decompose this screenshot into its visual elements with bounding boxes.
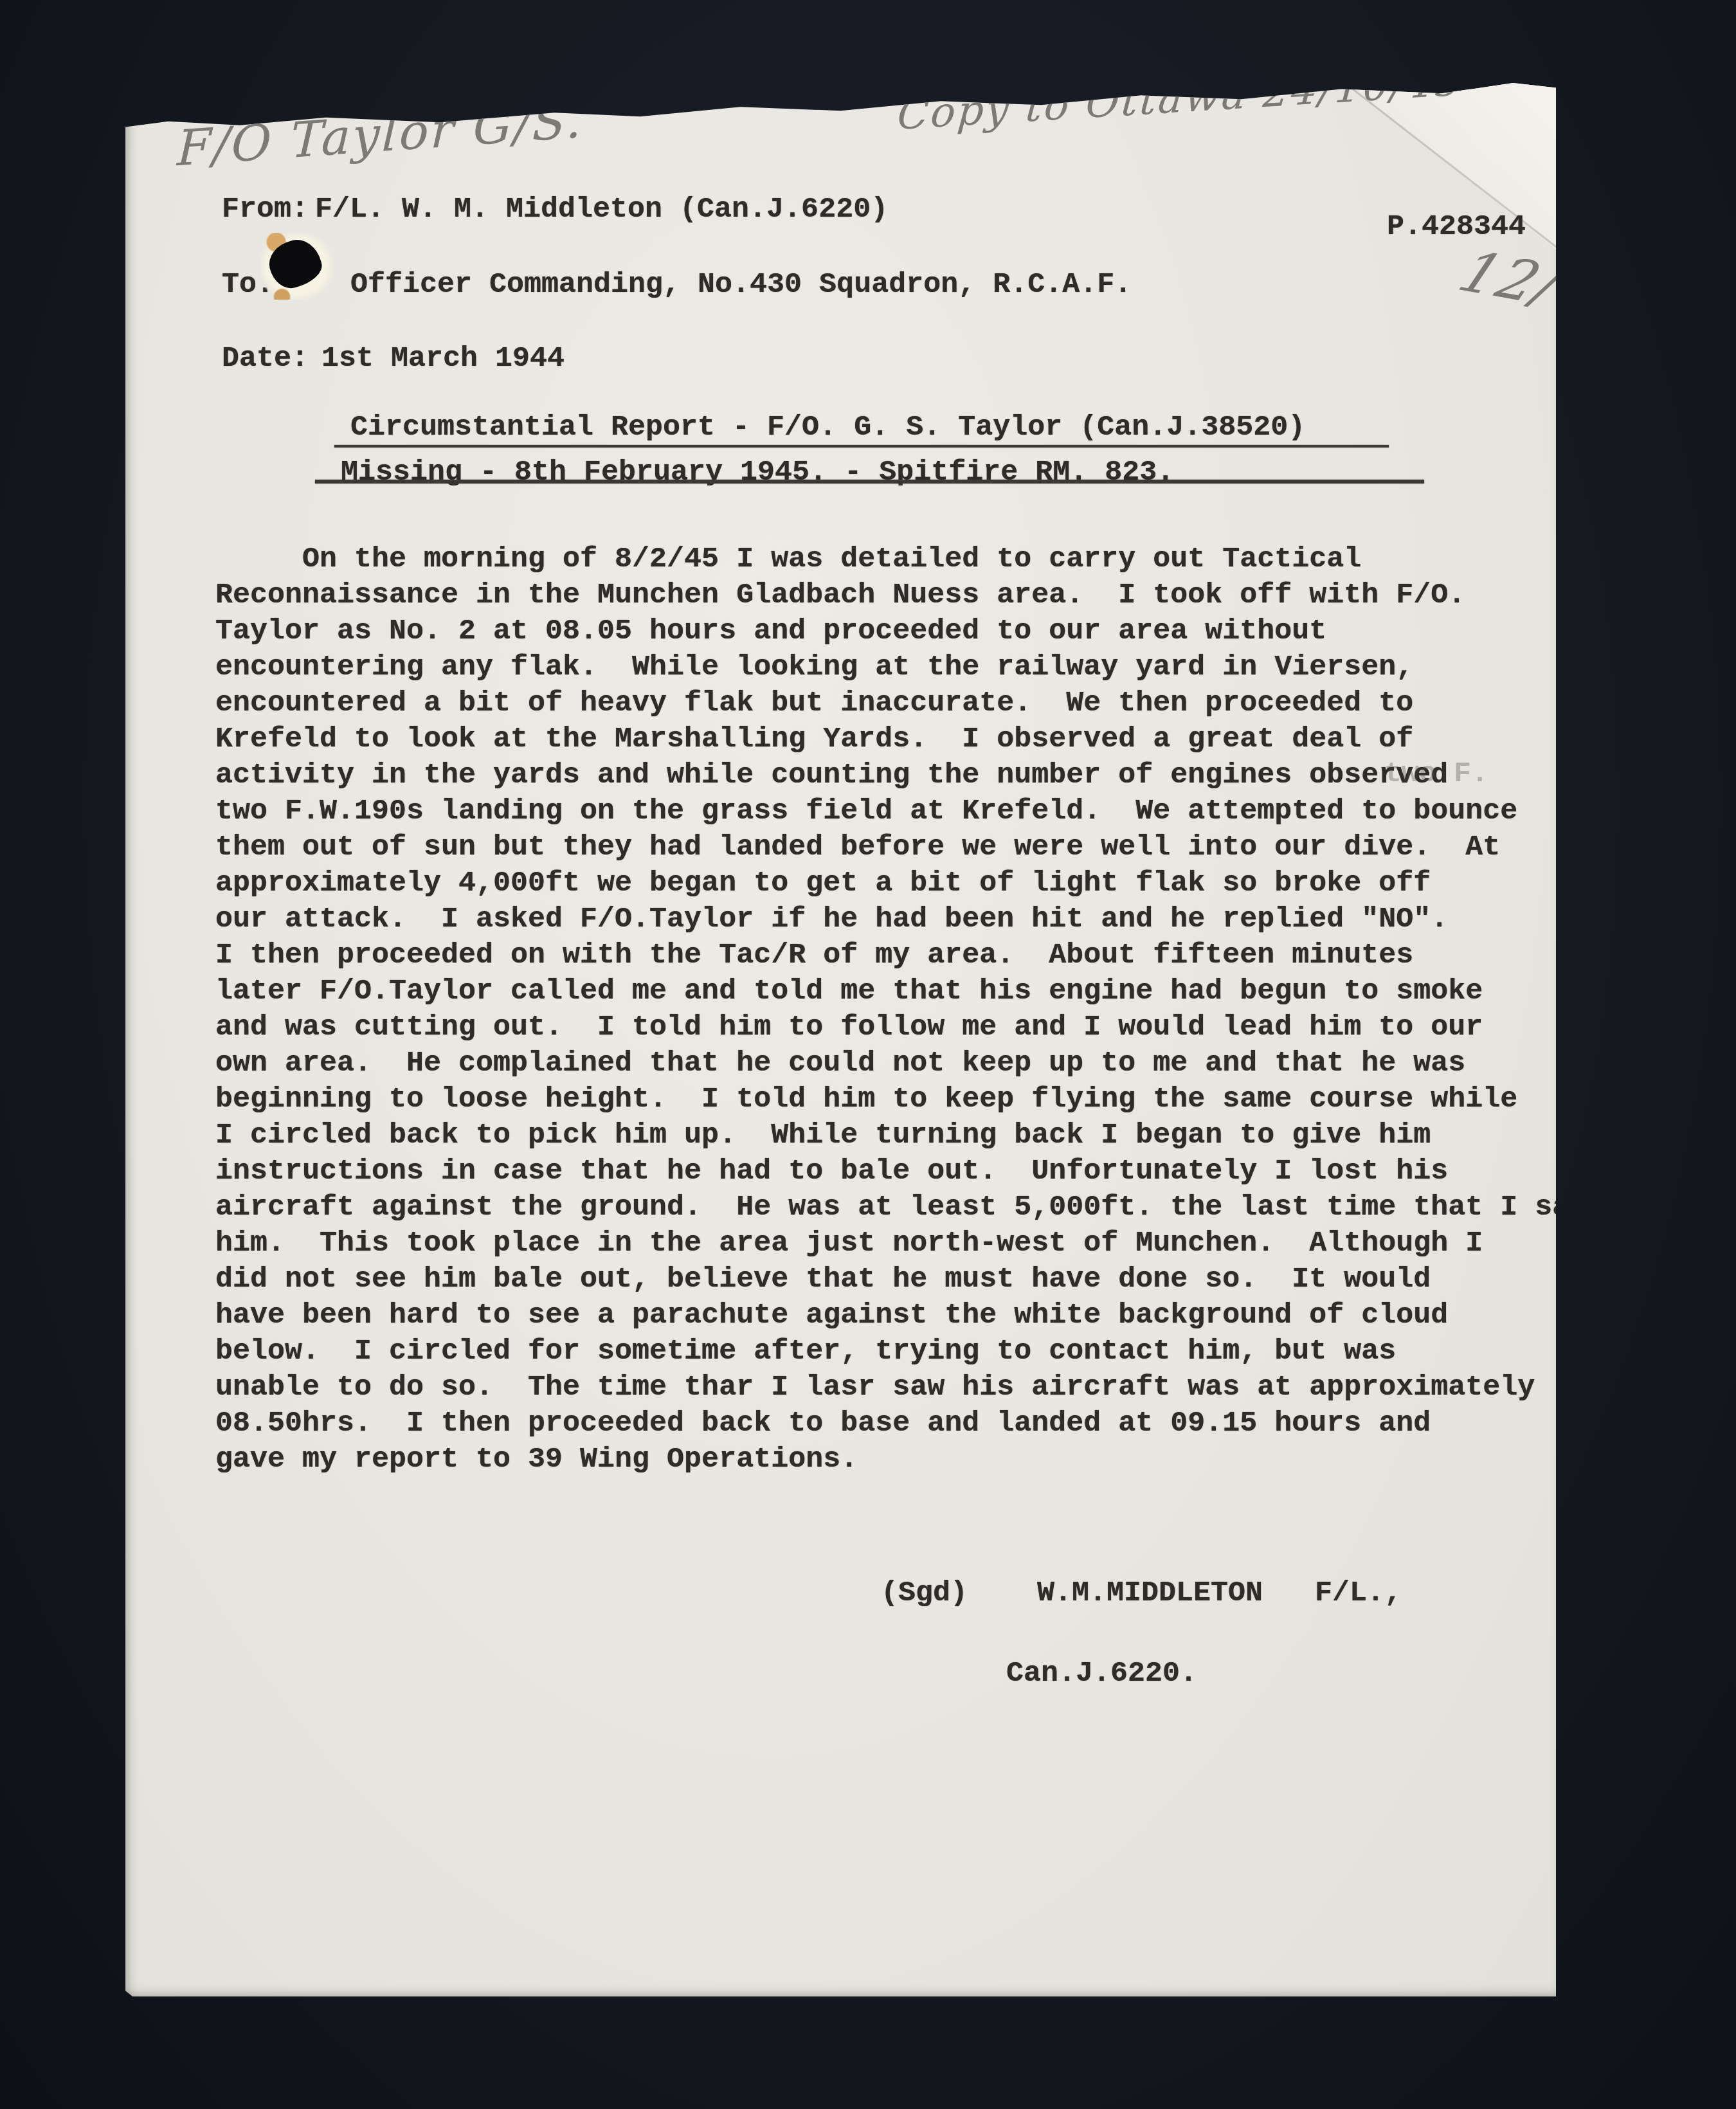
from-label: From:: [222, 192, 309, 228]
handwritten-note-copy-to-ottawa: Copy to Ottawa 24/10/45: [896, 77, 1465, 140]
file-reference-number: P.428344: [1387, 209, 1526, 245]
torn-hole-halo: [260, 233, 332, 300]
subject-underline-1: [334, 445, 1389, 448]
punch-hole: [264, 235, 325, 292]
date-value: 1st March 1944: [321, 341, 565, 377]
signature-line: (Sgd) W.M.MIDDLETON F/L.,: [881, 1575, 1402, 1611]
from-value: F/L. W. M. Middleton (Can.J.6220): [315, 192, 888, 228]
handwritten-note-top-left: F/O Taylor G/S.: [176, 91, 584, 177]
subject-line-1: Circumstantial Report - F/O. G. S. Taylo…: [350, 410, 1305, 446]
signature-service-number: Can.J.6220.: [1006, 1656, 1197, 1692]
to-value: Officer Commanding, No.430 Squadron, R.C…: [350, 267, 1132, 303]
subject-line-2: Missing - 8th February 1945. - Spitfire …: [341, 455, 1174, 491]
date-label: Date:: [222, 341, 309, 377]
subject-underline-2: [315, 480, 1424, 484]
scan-background: { "annotations": { "top_left": "F/O Tayl…: [0, 0, 1736, 2109]
ghost-offset-print: two F.: [1384, 757, 1488, 790]
document-page: F/O Taylor G/S. Copy to Ottawa 24/10/45 …: [125, 77, 1556, 1996]
report-body: On the morning of 8/2/45 I was detailed …: [215, 541, 1556, 1478]
handwritten-page-mark: 12/: [1450, 239, 1556, 318]
